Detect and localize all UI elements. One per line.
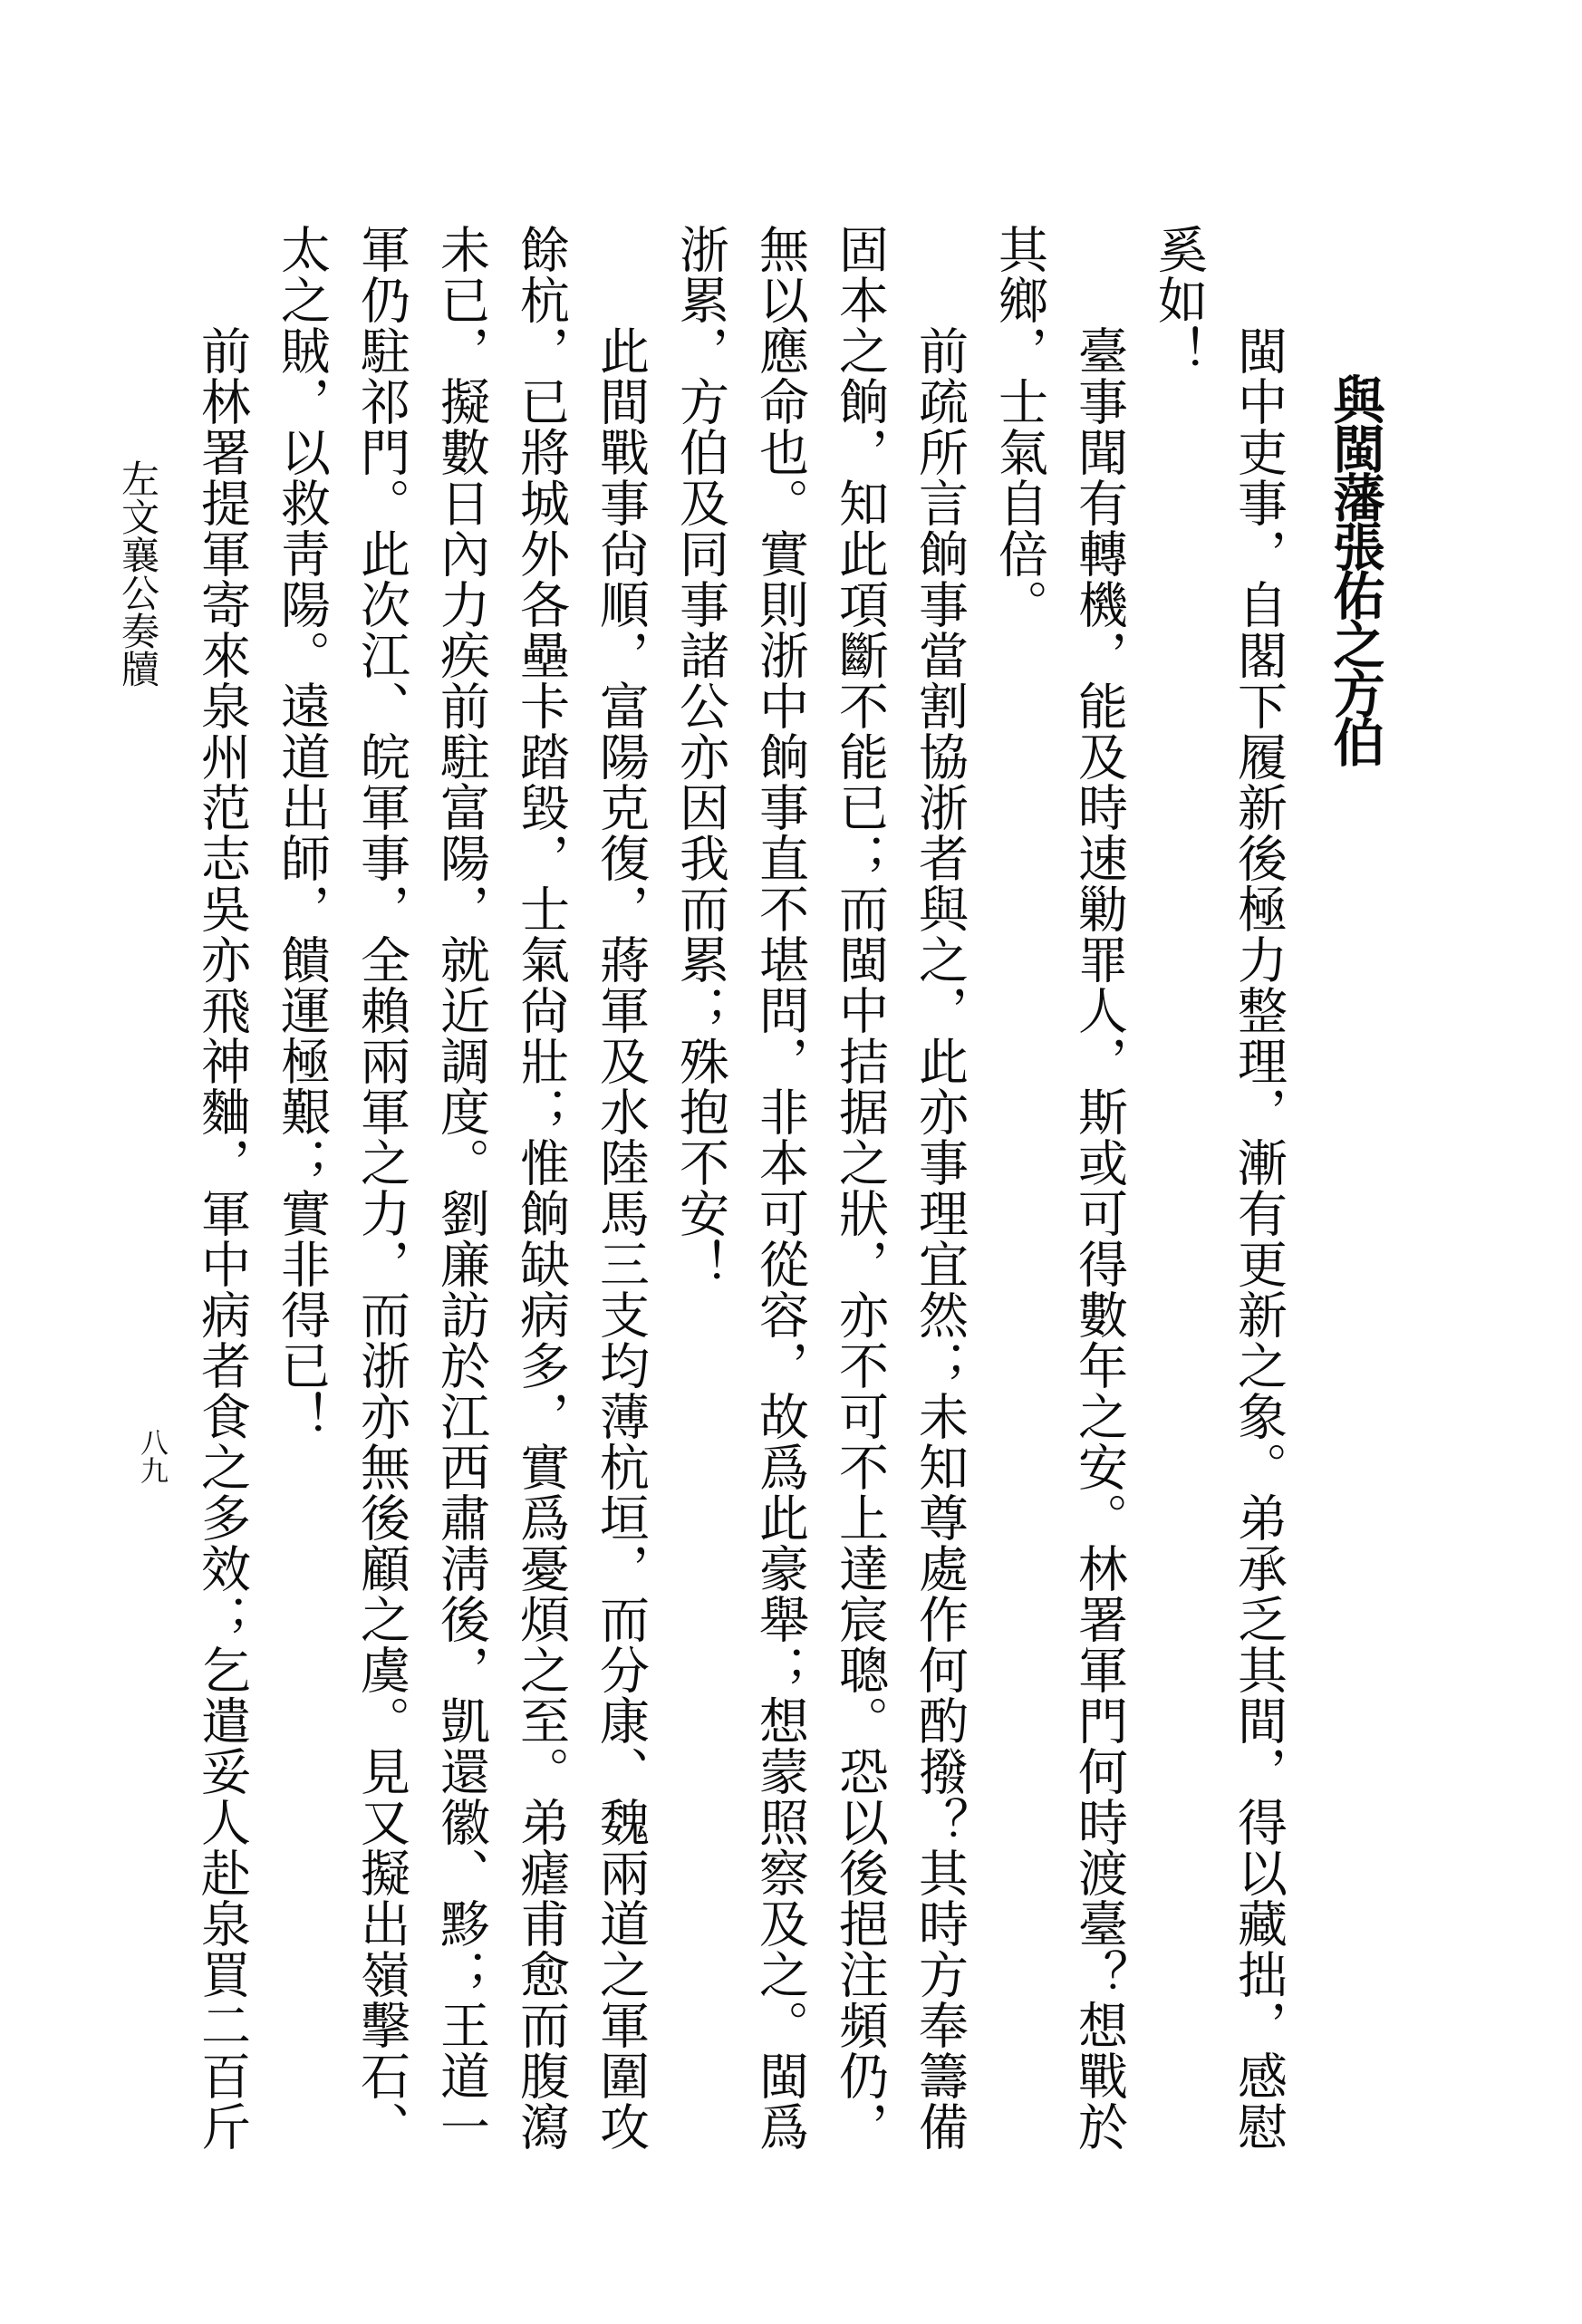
text-column: 奚如！ bbox=[1139, 224, 1219, 2158]
text-column: 餘杭，已將城外各壘卡踏毀，士氣尙壯；惟餉缺病多，實爲憂煩之至。弟瘧甫愈而腹瀉 bbox=[501, 224, 581, 2158]
text-column: 前林署提軍寄來泉州范志吳亦飛神麯，軍中病者食之多效；乞遣妥人赴泉買二百斤 bbox=[182, 224, 262, 2158]
text-column: 軍仍駐祁門。此次江、皖軍事，全賴兩軍之力，而浙亦無後顧之虞。見又擬出嶺擊石、 bbox=[342, 224, 421, 2158]
text-column: 此間戰事尙順，富陽克復，蔣軍及水陸馬三支均薄杭垣，而分康、魏兩道之軍圍攻 bbox=[581, 224, 661, 2158]
text-column: 未已，擬數日內力疾前駐富陽，就近調度。劉廉訪於江西肅淸後，凱還徽、黟；王道一 bbox=[421, 224, 501, 2158]
page-number: 八九 bbox=[132, 1428, 170, 1484]
text-column: 浙累，方伯及同事諸公亦因我而累；殊抱不安！ bbox=[661, 224, 740, 2158]
scanned-book-page: 與閩藩張佑之方伯 閩中吏事，自閣下履新後極力整理，漸有更新之象。弟承乏其間，得以… bbox=[0, 0, 1582, 2324]
text-column: 太之賊，以救靑陽。遠道出師，饋運極艱；實非得已！ bbox=[262, 224, 342, 2158]
letter-body: 與閩藩張佑之方伯 閩中吏事，自閣下履新後極力整理，漸有更新之象。弟承乏其間，得以… bbox=[182, 224, 1394, 2158]
text-column: 前疏所言餉事當割協浙者與之，此亦事理宜然；未知尊處作何酌撥？其時方奉籌備 bbox=[900, 224, 979, 2158]
text-column: 其鄉，士氣自倍。 bbox=[979, 224, 1059, 2158]
text-column: 無以應命也。實則浙中餉事直不堪問，非本可從容，故爲此豪舉；想蒙照察及之。閩爲 bbox=[740, 224, 820, 2158]
book-running-title: 左文襄公奏牘 bbox=[114, 459, 161, 688]
letter-title: 與閩藩張佑之方伯 bbox=[1315, 224, 1394, 2158]
text-column: 閩中吏事，自閣下履新後極力整理，漸有更新之象。弟承乏其間，得以藏拙，感慰 bbox=[1219, 224, 1298, 2158]
text-column: 固本之餉，知此項斷不能已；而閩中拮据之狀，亦不可不上達宸聰。恐以後挹注頻仍， bbox=[820, 224, 900, 2158]
text-column: 臺事聞有轉機，能及時速勦罪人，斯或可得數年之安。林署軍門何時渡臺？想戰於 bbox=[1059, 224, 1139, 2158]
